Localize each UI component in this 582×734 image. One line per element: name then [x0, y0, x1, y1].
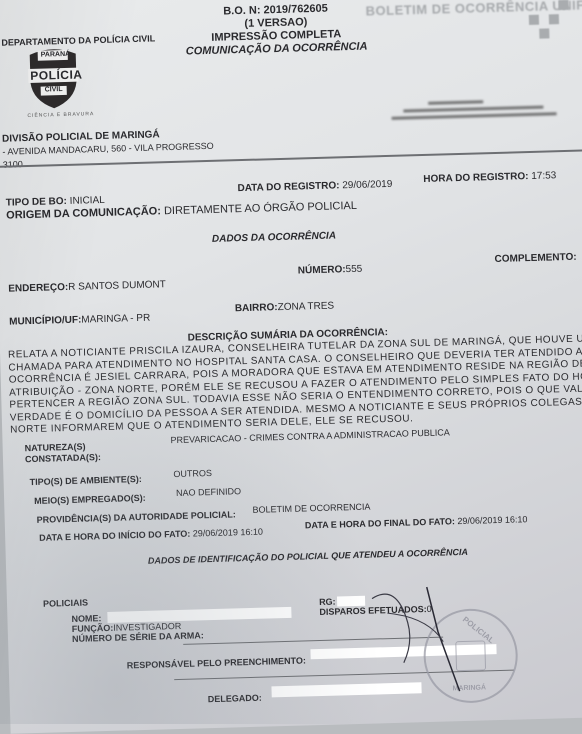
inicio-value: 29/06/2019 16:10	[193, 527, 263, 539]
meio-value: NAO DEFINIDO	[176, 486, 241, 498]
delegado-label: DELEGADO:	[208, 693, 262, 705]
numero: NÚMERO:555	[298, 264, 363, 277]
bairro-label: BAIRRO:	[235, 302, 278, 314]
document-page: DEPARTAMENTO DA POLÍCIA CIVIL PARANÁ POL…	[0, 0, 582, 724]
policial-section-title: DADOS DE IDENTIFICAÇÃO DO POLICIAL QUE A…	[148, 547, 468, 566]
responsavel-label: RESPONSÁVEL PELO PREENCHIMENTO:	[127, 655, 306, 670]
redacted-rg	[337, 596, 365, 607]
natureza-label: NATUREZA(S) CONSTATADA(S):	[25, 441, 102, 465]
natureza-label-line2: CONSTATADA(S):	[25, 452, 101, 465]
data-registro-value: 29/06/2019	[342, 179, 392, 191]
bo-header: B.O. N: 2019/762605 (1 VERSAO) IMPRESSÃO…	[165, 1, 386, 59]
ambiente-value: OUTROS	[173, 468, 212, 479]
tipo-bo-value: INICIAL	[70, 195, 105, 207]
logo-bottom-text: CIVIL	[45, 86, 63, 93]
municipio-label: MUNICÍPIO/UF:	[9, 315, 81, 328]
meio-label: MEIO(S) EMPREGADO(S):	[34, 493, 146, 506]
hora-registro-value: 17:53	[531, 170, 556, 182]
data-registro: DATA DO REGISTRO: 29/06/2019	[237, 179, 392, 194]
numero-label: NÚMERO:	[298, 264, 346, 276]
providencia-label: PROVIDÊNCIA(S) DA AUTORIDADE POLICIAL:	[37, 509, 236, 525]
descricao-text: RELATA A NOTICIANTE PRISCILA IZAURA, CON…	[8, 334, 580, 437]
policiais-label: POLICIAIS	[43, 598, 88, 609]
data-registro-label: DATA DO REGISTRO:	[237, 180, 339, 194]
logo-motto: CIÊNCIA E BRAVURA	[27, 111, 94, 119]
final-fato: DATA E HORA DO FINAL DO FATO: 29/06/2019…	[305, 514, 528, 530]
hora-registro-label: HORA DO REGISTRO:	[423, 171, 528, 185]
ocorrencia-section-title: DADOS DA OCORRÊNCIA	[212, 230, 336, 244]
endereco-value: R SANTOS DUMONT	[68, 279, 166, 293]
police-badge-icon: PARANÁ POLÍCIA CIVIL	[25, 44, 81, 111]
inicio-fato: DATA E HORA DO INÍCIO DO FATO: 29/06/201…	[39, 527, 263, 543]
municipio-value: MARINGA - PR	[81, 313, 150, 326]
bairro: BAIRRO:ZONA TRES	[235, 301, 335, 315]
rg-label: RG:	[319, 597, 336, 607]
hora-registro: HORA DO REGISTRO: 17:53	[423, 170, 556, 185]
complemento-label: COMPLEMENTO:	[494, 252, 576, 265]
final-label: DATA E HORA DO FINAL DO FATO:	[305, 516, 455, 530]
inicio-label: DATA E HORA DO INÍCIO DO FATO:	[39, 529, 190, 543]
endereco-label: ENDEREÇO:	[8, 282, 68, 295]
logo-middle-text: POLÍCIA	[30, 67, 83, 82]
tipo-bo-label: TIPO DE BO:	[6, 196, 67, 209]
signature-icon	[367, 580, 490, 703]
endereco: ENDEREÇO:R SANTOS DUMONT	[8, 279, 166, 294]
ambiente-label: TIPO(S) DE AMBIENTE(S):	[30, 474, 142, 487]
providencia-value: BOLETIM DE OCORRENCIA	[252, 502, 370, 515]
final-value: 29/06/2019 16:10	[457, 514, 527, 526]
municipio: MUNICÍPIO/UF:MARINGA - PR	[9, 313, 150, 328]
origem-value: DIRETAMENTE AO ÓRGÃO POLICIAL	[164, 200, 357, 217]
numero-value: 555	[345, 264, 362, 275]
bairro-value: ZONA TRES	[277, 301, 334, 314]
logo-top-text: PARANÁ	[41, 51, 71, 59]
